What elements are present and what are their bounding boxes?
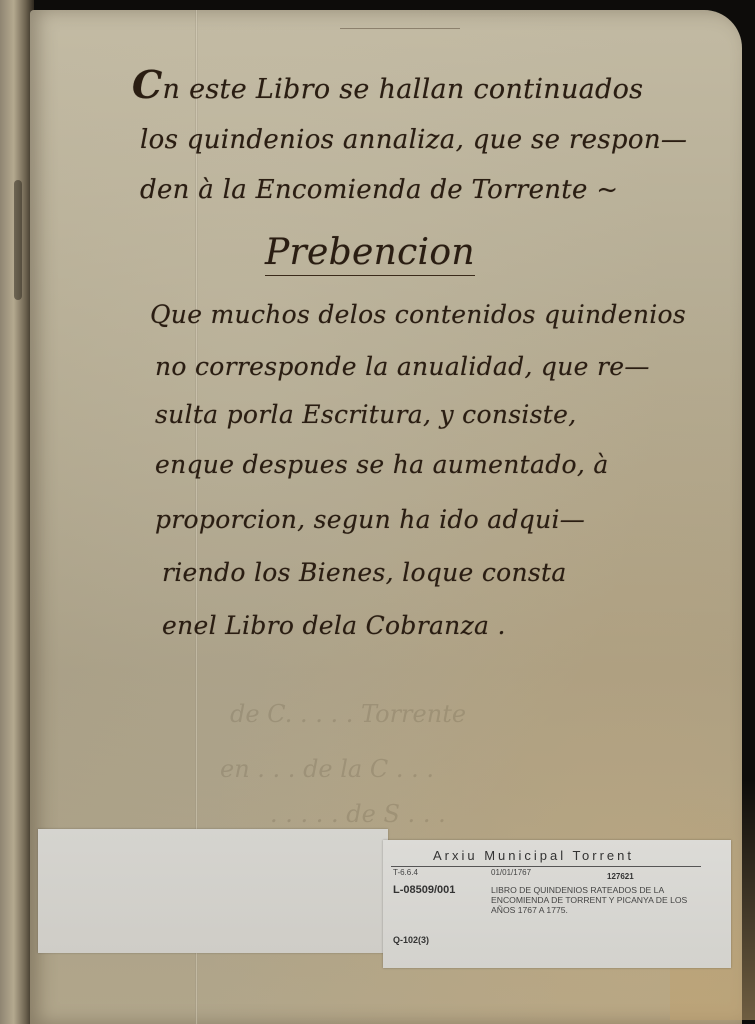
top-pencil-mark xyxy=(340,28,460,29)
classification-code: T-6.6.4 xyxy=(393,868,418,877)
drop-capital: C xyxy=(132,62,163,107)
heading-line-2: los quindenios annaliza, que se respon— xyxy=(140,125,687,155)
body-line: no corresponde la anualidad, que re— xyxy=(155,352,650,381)
body-line: riendo los Bienes, loque consta xyxy=(162,558,567,587)
body-line: sulta porla Escritura, y consiste, xyxy=(155,400,576,429)
record-description: LIBRO DE QUINDENIOS RATEADOS DE LA ENCOM… xyxy=(491,885,711,915)
record-number: 127621 xyxy=(607,872,634,881)
bleed-through-text: de C. . . . . Torrente xyxy=(230,700,466,728)
label-divider xyxy=(391,866,701,867)
heading-line-3: den à la Encomienda de Torrente ~ xyxy=(140,175,618,205)
institution-name: Arxiu Municipal Torrent xyxy=(433,848,634,863)
book-spine-edge xyxy=(0,0,34,1024)
archive-label: Arxiu Municipal Torrent T-6.6.4 01/01/17… xyxy=(383,840,731,968)
label-backing-strip xyxy=(38,829,388,953)
reference-code: L-08509/001 xyxy=(393,884,455,896)
section-title: Prebencion xyxy=(265,232,475,276)
body-line: enque despues se ha aumentado, à xyxy=(155,450,609,479)
bleed-through-text: en . . . de la C . . . xyxy=(220,755,434,783)
bleed-through-text: . . . . . de S . . . xyxy=(270,800,446,828)
body-line: enel Libro dela Cobranza . xyxy=(162,611,506,640)
shelf-location: Q-102(3) xyxy=(393,935,429,945)
body-line: proporcion, segun ha ido adqui— xyxy=(155,505,585,534)
record-date: 01/01/1767 xyxy=(491,868,531,877)
body-line: Que muchos delos contenidos quindenios xyxy=(150,300,686,329)
heading-line-1: Cn este Libro se hallan continuados xyxy=(132,62,643,107)
